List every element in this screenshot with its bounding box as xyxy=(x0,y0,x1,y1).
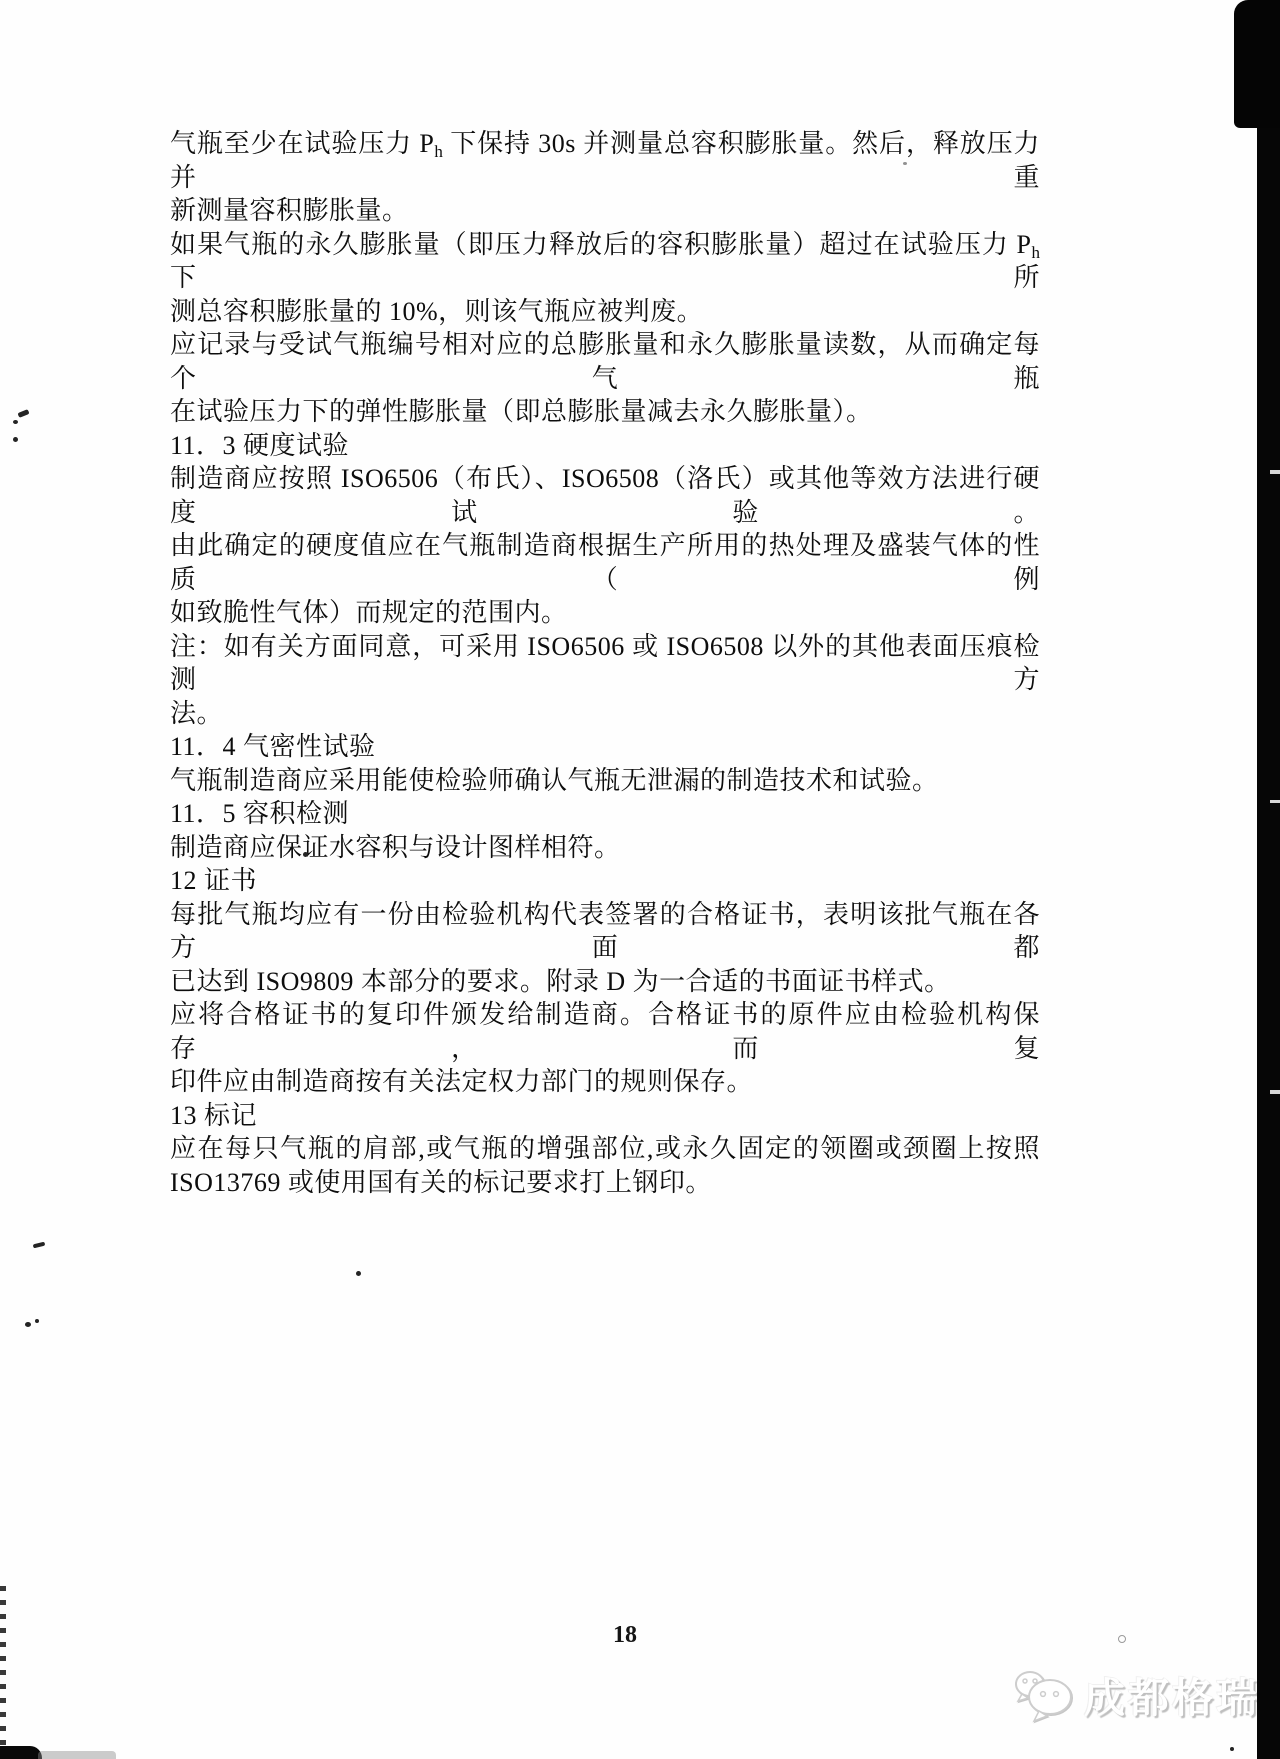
text-segment: 下所 xyxy=(170,263,1040,292)
text-line: 新测量容积膨胀量。 xyxy=(170,194,1040,228)
scan-speck xyxy=(356,1271,361,1276)
scan-speck xyxy=(903,162,907,165)
section-heading: 11．3 硬度试验 xyxy=(170,429,1040,463)
text-line: 印件应由制造商按有关法定权力部门的规则保存。 xyxy=(170,1065,1040,1099)
wechat-logo-icon xyxy=(1012,1664,1076,1724)
text-line: 测总容积膨胀量的 10%，则该气瓶应被判废。 xyxy=(170,295,1040,329)
text-line: 每批气瓶均应有一份由检验机构代表签署的合格证书，表明该批气瓶在各方面都 xyxy=(170,898,1040,965)
document-page: 气瓶至少在试验压力 Ph 下保持 30s 并测量总容积膨胀量。然后，释放压力并重… xyxy=(0,0,1280,1759)
text-line: 应记录与受试气瓶编号相对应的总膨胀量和永久膨胀量读数，从而确定每个气瓶 xyxy=(170,328,1040,395)
section-heading: 11．5 容积检测 xyxy=(170,797,1040,831)
watermark-text: 成都格瑞特 xyxy=(1084,1665,1280,1724)
watermark: 成都格瑞特 xyxy=(1012,1664,1280,1724)
scan-corner-blob xyxy=(0,1746,42,1759)
section-heading: 11．4 气密性试验 xyxy=(170,730,1040,764)
text-line: 气瓶至少在试验压力 Ph 下保持 30s 并测量总容积膨胀量。然后，释放压力并重 xyxy=(170,127,1040,194)
scan-speck xyxy=(1118,1635,1126,1643)
scan-edge-nick xyxy=(1270,800,1280,803)
subscript: h xyxy=(1032,243,1041,262)
text-line: 已达到 ISO9809 本部分的要求。附录 D 为一合适的书面证书样式。 xyxy=(170,965,1040,999)
section-heading: 12 证书 xyxy=(170,864,1040,898)
scan-speck xyxy=(1230,1747,1234,1751)
text-segment: 如果气瓶的永久膨胀量（即压力释放后的容积膨胀量）超过在试验压力 P xyxy=(170,230,1032,259)
scan-speck xyxy=(13,420,18,424)
scan-speck xyxy=(17,409,29,418)
text-segment: 气瓶至少在试验压力 P xyxy=(170,129,434,158)
text-line: 制造商应保证水容积与设计图样相符。 xyxy=(170,831,1040,865)
text-line: 应将合格证书的复印件颁发给制造商。合格证书的原件应由检验机构保存，而复 xyxy=(170,998,1040,1065)
text-line: 应在每只气瓶的肩部,或气瓶的增强部位,或永久固定的领圈或颈圈上按照 xyxy=(170,1132,1040,1166)
text-line: 法。 xyxy=(170,697,1040,731)
text-line: 如果气瓶的永久膨胀量（即压力释放后的容积膨胀量）超过在试验压力 Ph 下所 xyxy=(170,228,1040,295)
scan-edge-left-speckle xyxy=(0,1586,6,1759)
scan-edge-right xyxy=(1257,0,1280,1759)
text-line: 在试验压力下的弹性膨胀量（即总膨胀量减去永久膨胀量）。 xyxy=(170,395,1040,429)
text-block: 气瓶至少在试验压力 Ph 下保持 30s 并测量总容积膨胀量。然后，释放压力并重… xyxy=(170,127,1040,1199)
scan-edge-nick xyxy=(1270,1090,1280,1094)
scan-speck xyxy=(25,1322,31,1327)
section-heading: 13 标记 xyxy=(170,1099,1040,1133)
scan-corner-smudge xyxy=(38,1751,116,1759)
scan-speck xyxy=(303,852,308,857)
text-line: 制造商应按照 ISO6506（布氏）、ISO6508（洛氏）或其他等效方法进行硬… xyxy=(170,462,1040,529)
subscript: h xyxy=(434,142,443,161)
page-number: 18 xyxy=(590,1622,660,1649)
text-line: 注：如有关方面同意，可采用 ISO6506 或 ISO6508 以外的其他表面压… xyxy=(170,630,1040,697)
text-line: ISO13769 或使用国有关的标记要求打上钢印。 xyxy=(170,1166,1040,1200)
text-line: 如致脆性气体）而规定的范围内。 xyxy=(170,596,1040,630)
scan-speck xyxy=(35,1319,39,1323)
scan-edge-right-top xyxy=(1234,0,1280,128)
text-line: 气瓶制造商应采用能使检验师确认气瓶无泄漏的制造技术和试验。 xyxy=(170,764,1040,798)
scan-speck xyxy=(33,1242,46,1249)
text-line: 由此确定的硬度值应在气瓶制造商根据生产所用的热处理及盛装气体的性质（例 xyxy=(170,529,1040,596)
scan-speck xyxy=(13,437,18,442)
scan-edge-nick xyxy=(1270,470,1280,474)
